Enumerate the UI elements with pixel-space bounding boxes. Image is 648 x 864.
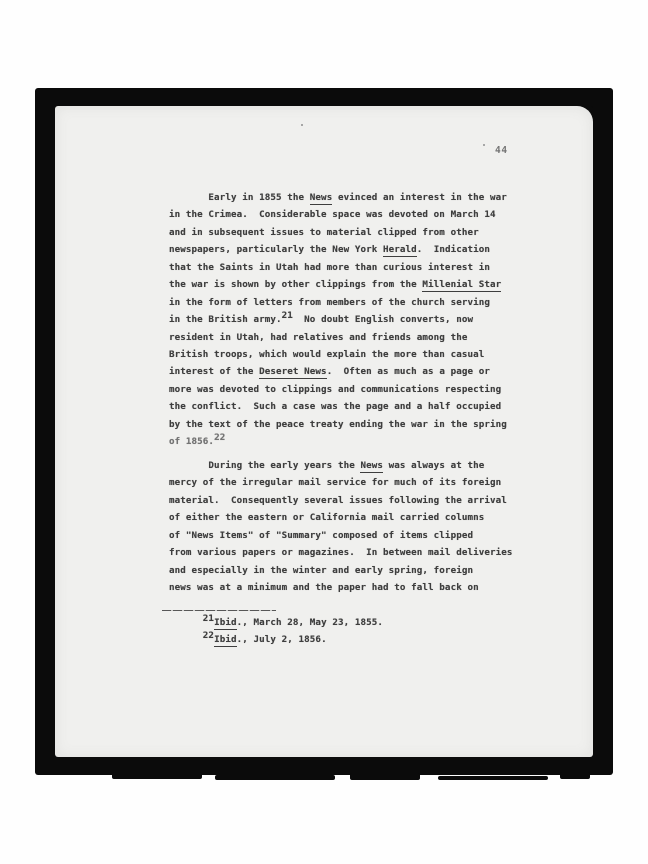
typed-line: During the early years the News was alwa… (169, 457, 513, 474)
footnotes: 21Ibid., March 28, May 23, 1855. 22Ibid.… (169, 614, 383, 649)
text-segment: of "News Items" of "Summary" composed of… (169, 530, 473, 541)
typed-line: in the Crimea. Considerable space was de… (169, 206, 507, 223)
film-edge-artifact (112, 772, 202, 779)
text-segment: ., July 2, 1856. (237, 634, 327, 645)
film-edge-artifact (215, 775, 335, 780)
typed-line: and in subsequent issues to material cli… (169, 224, 507, 241)
typed-line: of "News Items" of "Summary" composed of… (169, 527, 513, 544)
film-edge-artifact (350, 773, 420, 780)
text-segment: resident in Utah, had relatives and frie… (169, 332, 467, 343)
underlined-text: Ibid (214, 634, 237, 647)
text-segment: . Often as much as a page or (327, 366, 490, 377)
text-segment: news was at a minimum and the paper had … (169, 582, 479, 593)
underlined-text: News (310, 192, 333, 205)
typed-line: of 1856.22 (169, 433, 507, 450)
footnote-separator (162, 610, 276, 611)
film-edge-artifact (560, 772, 590, 779)
underlined-text: Herald (383, 244, 417, 257)
text-segment: During the early years the (169, 460, 360, 471)
typed-line: mercy of the irregular mail service for … (169, 474, 513, 491)
text-segment: interest of the (169, 366, 259, 377)
typed-line: news was at a minimum and the paper had … (169, 579, 513, 596)
underlined-text: Deseret News (259, 366, 327, 379)
typed-line: the war is shown by other clippings from… (169, 276, 507, 293)
typed-line: in the form of letters from members of t… (169, 294, 507, 311)
typed-line: Early in 1855 the News evinced an intere… (169, 189, 507, 206)
text-segment: and in subsequent issues to material cli… (169, 227, 479, 238)
typed-line: and especially in the winter and early s… (169, 562, 513, 579)
superscript-ref: 22 (203, 630, 214, 641)
text-segment: No doubt English converts, now (293, 314, 473, 325)
text-segment: evinced an interest in the war (332, 192, 507, 203)
paragraph-2: During the early years the News was alwa… (169, 457, 513, 597)
text-segment: newspapers, particularly the New York (169, 244, 383, 255)
scanned-page-photo: 44 Early in 1855 the News evinced an int… (0, 0, 648, 864)
typed-line: in the British army.21 No doubt English … (169, 311, 507, 328)
scan-speck (483, 144, 485, 146)
text-segment: the war is shown by other clippings from… (169, 279, 422, 290)
film-edge-artifact (438, 776, 548, 780)
typed-line: material. Consequently several issues fo… (169, 492, 513, 509)
text-segment (169, 634, 203, 645)
typed-line: British troops, which would explain the … (169, 346, 507, 363)
superscript-ref: 21 (203, 613, 214, 624)
text-segment: from various papers or magazines. In bet… (169, 547, 513, 558)
typed-line: interest of the Deseret News. Often as m… (169, 363, 507, 380)
text-segment: of 1856. (169, 436, 214, 447)
typed-line: more was devoted to clippings and commun… (169, 381, 507, 398)
typed-line: from various papers or magazines. In bet… (169, 544, 513, 561)
text-segment: in the form of letters from members of t… (169, 297, 490, 308)
typed-line: of either the eastern or California mail… (169, 509, 513, 526)
text-segment: more was devoted to clippings and commun… (169, 384, 501, 395)
superscript-ref: 22 (214, 432, 225, 443)
text-segment: British troops, which would explain the … (169, 349, 484, 360)
typed-line: the conflict. Such a case was the page a… (169, 398, 507, 415)
text-segment: that the Saints in Utah had more than cu… (169, 262, 490, 273)
typed-line: by the text of the peace treaty ending t… (169, 416, 507, 433)
typed-line: newspapers, particularly the New York He… (169, 241, 507, 258)
typed-line: resident in Utah, had relatives and frie… (169, 329, 507, 346)
text-segment: of either the eastern or California mail… (169, 512, 484, 523)
text-segment: . Indication (417, 244, 490, 255)
text-segment: mercy of the irregular mail service for … (169, 477, 501, 488)
paragraph-1: Early in 1855 the News evinced an intere… (169, 189, 507, 451)
page-number: 44 (495, 145, 508, 156)
superscript-ref: 21 (282, 310, 293, 321)
text-segment: the conflict. Such a case was the page a… (169, 401, 501, 412)
scan-speck (301, 124, 303, 126)
text-segment: in the British army. (169, 314, 282, 325)
underlined-text: Millenial Star (422, 279, 501, 292)
text-segment (169, 617, 203, 628)
text-segment: Early in 1855 the (169, 192, 310, 203)
typed-line: 22Ibid., July 2, 1856. (169, 631, 383, 648)
typed-line: that the Saints in Utah had more than cu… (169, 259, 507, 276)
text-segment: was always at the (383, 460, 484, 471)
text-segment: by the text of the peace treaty ending t… (169, 419, 507, 430)
text-segment: in the Crimea. Considerable space was de… (169, 209, 496, 220)
text-segment: and especially in the winter and early s… (169, 565, 473, 576)
document-page: 44 Early in 1855 the News evinced an int… (55, 106, 593, 757)
text-segment: material. Consequently several issues fo… (169, 495, 507, 506)
text-segment: ., March 28, May 23, 1855. (237, 617, 383, 628)
underlined-text: Ibid (214, 617, 237, 630)
typed-line: 21Ibid., March 28, May 23, 1855. (169, 614, 383, 631)
underlined-text: News (360, 460, 383, 473)
